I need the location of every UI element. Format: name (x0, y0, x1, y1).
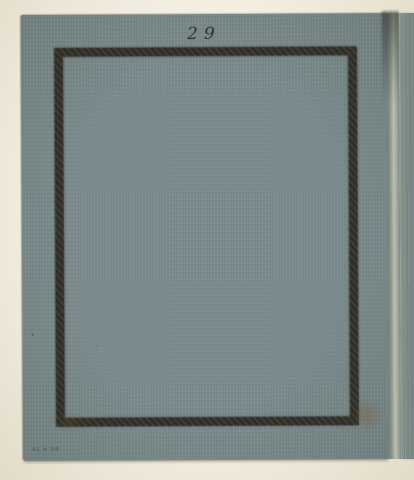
adjacent-page-edge (399, 13, 414, 459)
foxing-stain (59, 413, 81, 433)
album-page: 29 41 h 29 (21, 13, 388, 461)
scan-background: 29 41 h 29 (0, 0, 414, 480)
age-speck (321, 71, 323, 72)
foxing-stain (356, 395, 382, 433)
album-spread: 29 41 h 29 (21, 13, 414, 461)
age-speck (97, 345, 98, 347)
age-speck (32, 334, 34, 336)
inventory-mark: 41 h 29 (32, 447, 60, 453)
page-number: 29 (173, 24, 229, 44)
drawn-frame-border (54, 46, 359, 427)
fold-smudge (382, 11, 399, 106)
